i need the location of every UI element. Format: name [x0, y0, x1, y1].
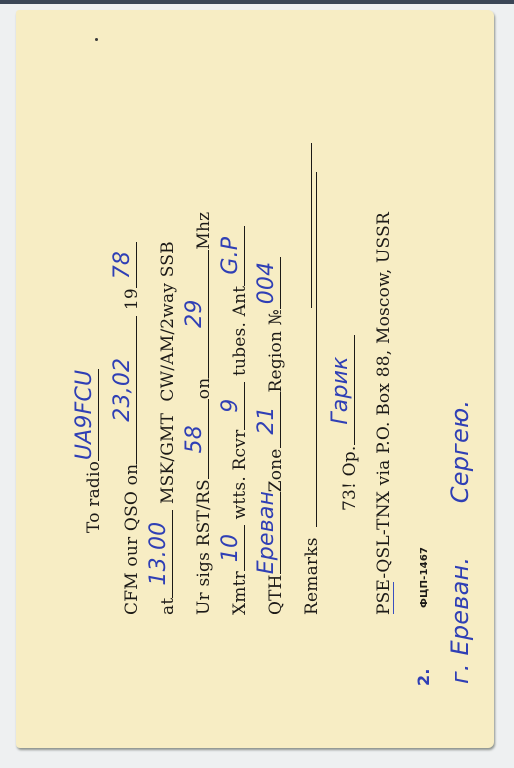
date-value: 23,02 — [112, 316, 134, 464]
window-top-edge — [0, 0, 514, 4]
rst-value: 58 — [184, 399, 206, 479]
pse-underline — [393, 582, 394, 614]
region-value: 004 — [256, 257, 278, 309]
to-radio-label: To radio — [84, 461, 104, 533]
remarks-label: Remarks — [302, 537, 322, 615]
freq-field: 29 — [192, 250, 209, 378]
card-content-rotated: To radioUA9FCU CFM our QSO on23,02 1978 … — [16, 10, 494, 748]
handwritten-address: г. Ереван. Сергею. — [446, 400, 474, 684]
op-spacer — [338, 186, 355, 336]
op-value: Гарик — [330, 336, 352, 446]
at-label: at — [158, 598, 178, 615]
qsl-card: To radioUA9FCU CFM our QSO on23,02 1978 … — [16, 10, 494, 748]
qth-line: QTHЕреванZone21Region №004 — [264, 257, 286, 615]
time-field: 13.00 — [156, 510, 173, 598]
tubes-field: 9 — [228, 382, 245, 430]
on-label: on — [194, 378, 214, 400]
region-field: 004 — [264, 257, 281, 309]
tubes-value: 9 — [220, 382, 242, 430]
time-mode-line: at13.00 MSK/GMT CW/AM/2way SSB — [156, 241, 178, 615]
qso-date-line: CFM our QSO on23,02 1978 — [120, 242, 142, 615]
op-label: 73! Op. — [340, 446, 360, 512]
zone-value: 21 — [256, 392, 278, 448]
hw-city: г. Ереван. — [446, 557, 474, 684]
timezone-label: MSK/GMT — [158, 413, 178, 504]
footer-line: PSE-QSL-TNX via P.O. Box 88, Moscow, USS… — [374, 212, 394, 615]
remarks-field — [300, 172, 317, 527]
year-value: 78 — [112, 242, 134, 288]
callsign-field: UA9FCU — [82, 369, 99, 461]
modes-label: CW/AM/2way SSB — [158, 241, 178, 401]
year-prefix: 19 — [122, 288, 142, 310]
rst-label: Ur sigs RST/RS — [194, 479, 214, 615]
watts-value: 10 — [220, 525, 242, 571]
print-code: ФЦП-1467 — [419, 547, 430, 608]
cfm-label: CFM our QSO on — [122, 464, 142, 615]
ant-label: tubes. Ant — [230, 286, 250, 376]
corner-mark: 2. — [414, 668, 433, 686]
freq-value: 29 — [184, 250, 206, 378]
xmtr-label: Xmtr — [230, 571, 250, 615]
footer-address: PSE-QSL-TNX via P.O. Box 88, Moscow, USS… — [374, 212, 394, 615]
watts-field: 10 — [228, 525, 245, 571]
qth-field: Ереван — [264, 492, 281, 574]
year-field: 78 — [120, 242, 137, 288]
operator-line: 73! Op.Гарик — [338, 186, 360, 512]
qth-value: Ереван — [256, 492, 278, 574]
op-field: Гарик — [338, 336, 355, 446]
zone-label: Zone — [266, 448, 286, 492]
to-radio-line: To radioUA9FCU — [82, 369, 104, 533]
time-value: 13.00 — [148, 510, 170, 598]
region-label: Region № — [266, 309, 286, 392]
unit-label: Mhz — [194, 212, 214, 250]
op-underline-extended — [311, 143, 312, 308]
ant-value: G.P — [220, 226, 242, 286]
date-field: 23,02 — [120, 316, 137, 464]
zone-field: 21 — [264, 392, 281, 448]
hw-recipient: Сергею. — [446, 400, 474, 503]
ant-field: G.P — [228, 226, 245, 286]
signal-report-line: Ur sigs RST/RS58on29Mhz — [192, 212, 214, 615]
equipment-line: Xmtr10 wtts. Rcvr9 tubes. AntG.P — [228, 226, 250, 615]
rcvr-label: wtts. Rcvr — [230, 430, 250, 520]
qth-label: QTH — [266, 574, 286, 615]
rst-field: 58 — [192, 399, 209, 479]
callsign-value: UA9FCU — [74, 369, 96, 461]
